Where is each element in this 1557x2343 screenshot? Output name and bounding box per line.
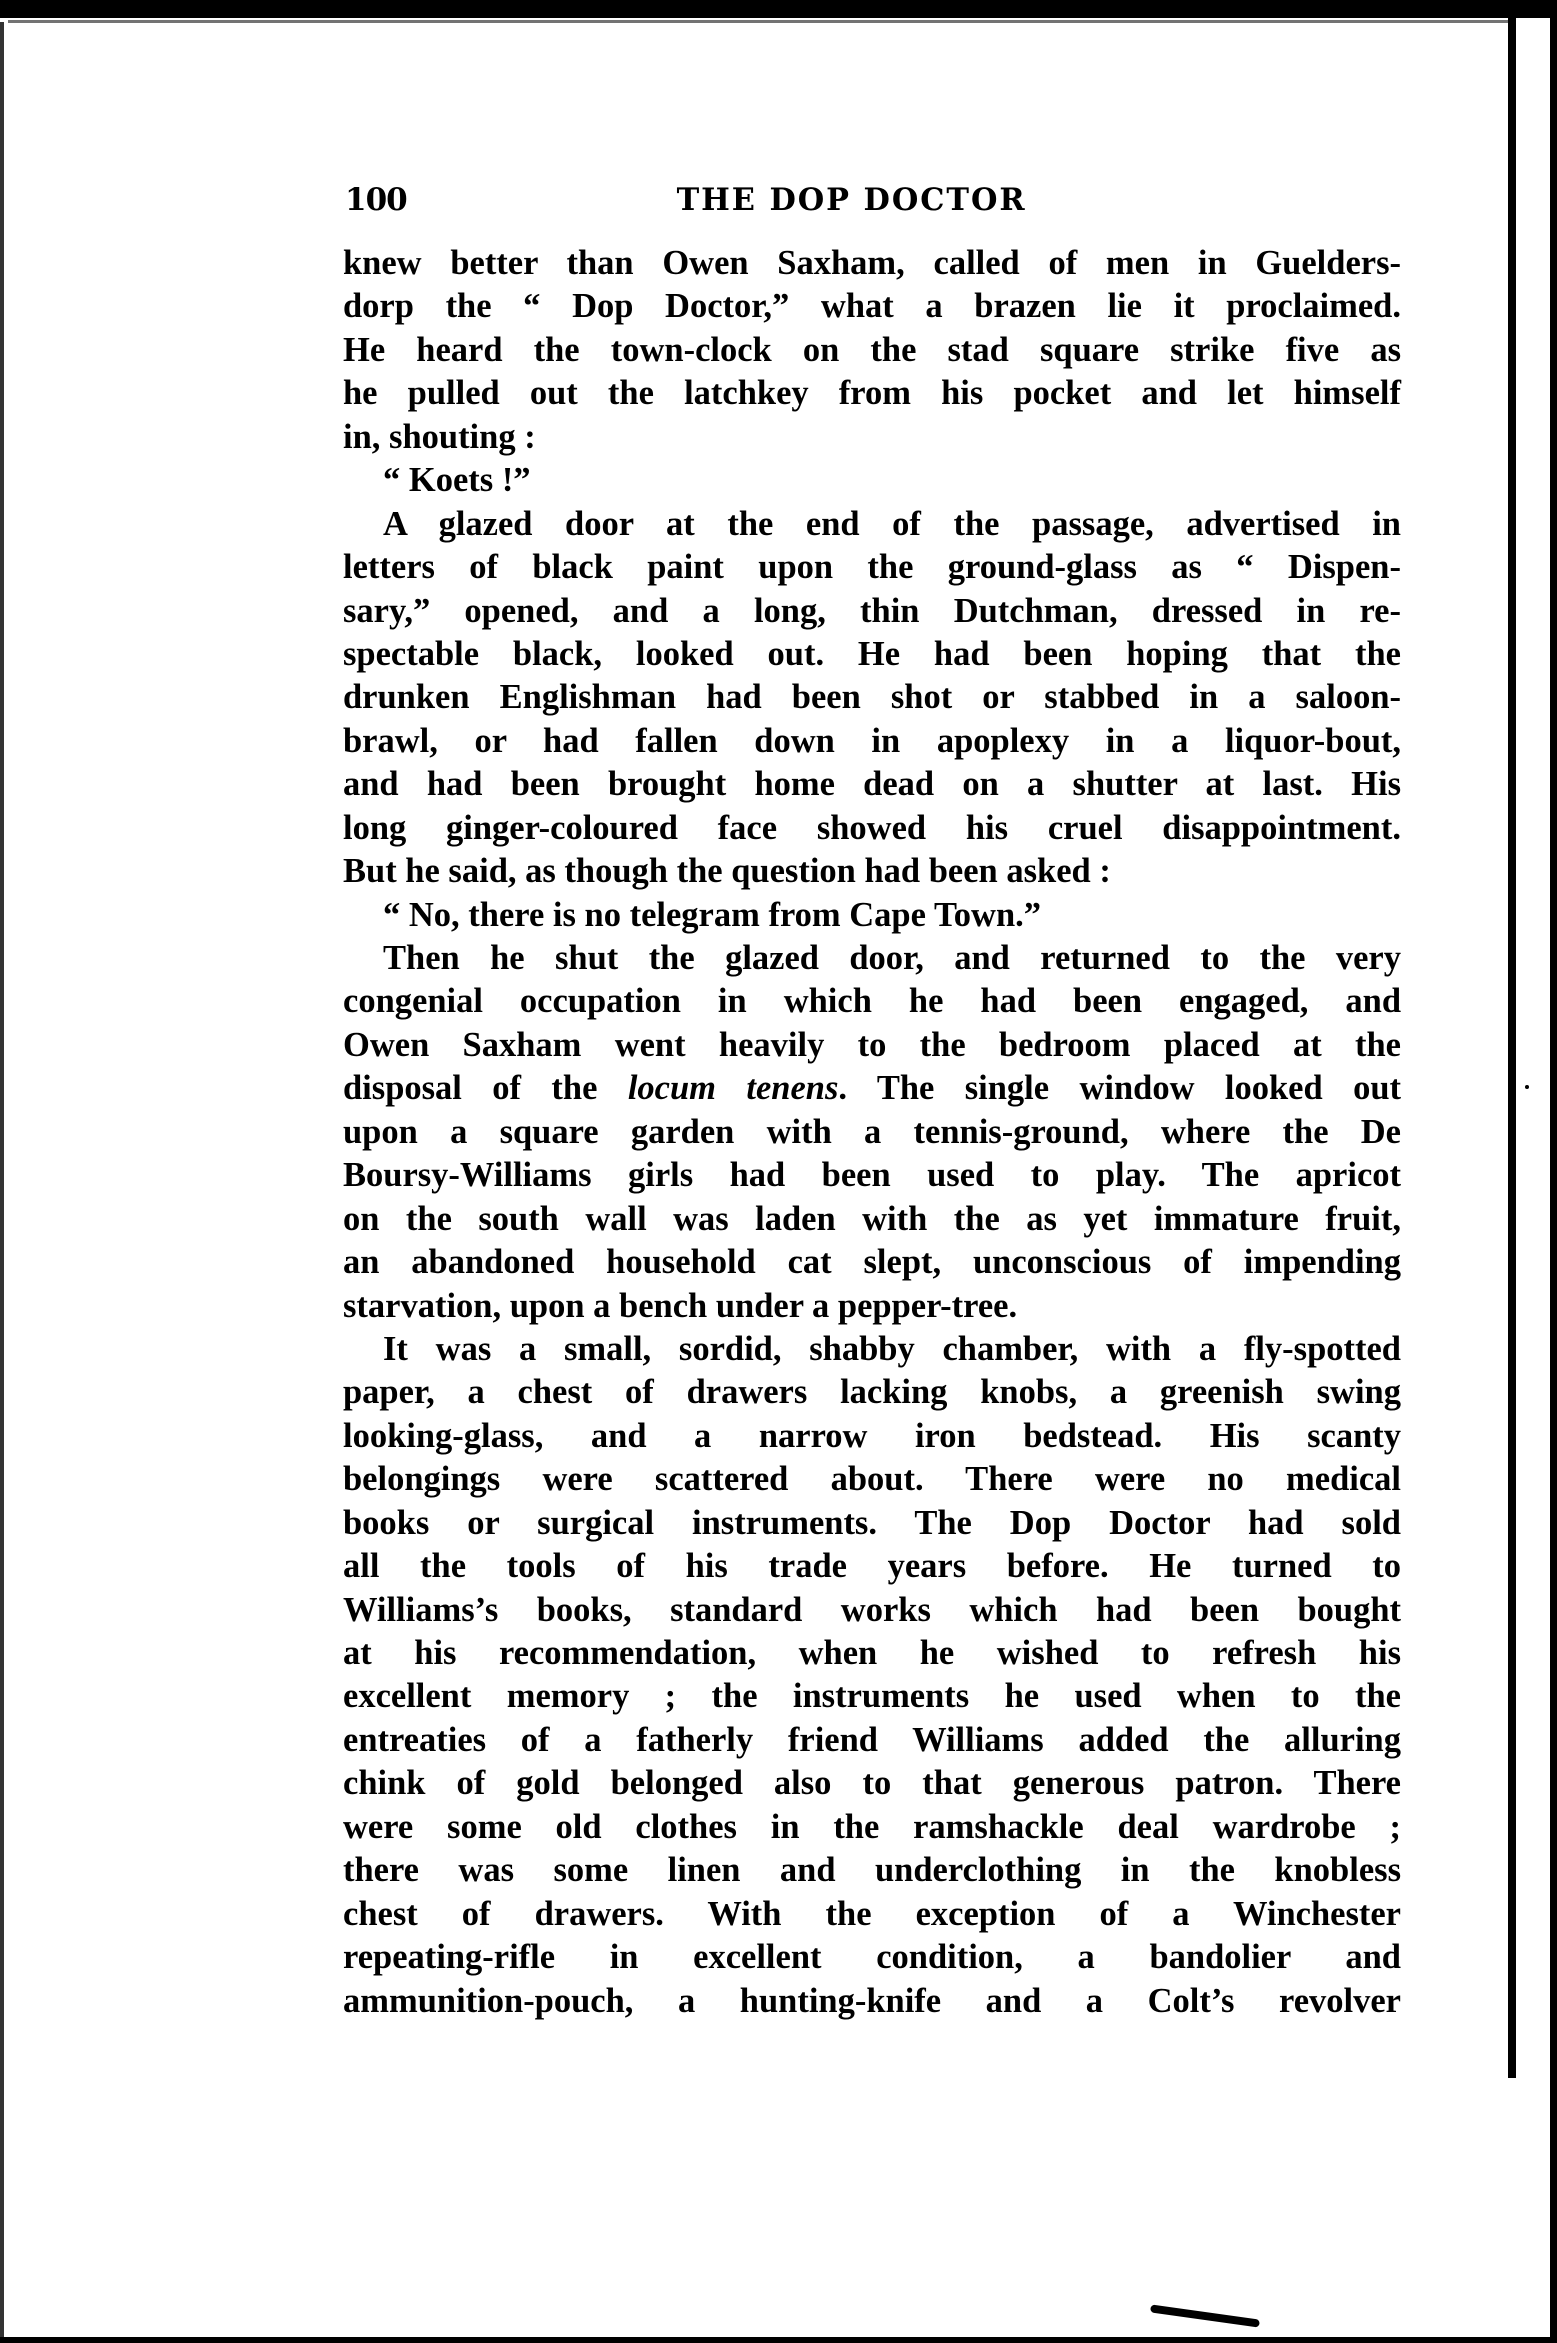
scan-border-bottom xyxy=(0,2337,1557,2343)
text-line: and had been brought home dead on a shut… xyxy=(343,763,1401,806)
text-line: knew better than Owen Saxham, called of … xyxy=(343,242,1401,285)
text-line: in, shouting : xyxy=(343,416,1401,459)
text-line: Williams’s books, standard works which h… xyxy=(343,1589,1401,1632)
text-line: A glazed door at the end of the passage,… xyxy=(343,503,1401,546)
text-line: disposal of the locum tenens. The single… xyxy=(343,1067,1401,1110)
scan-border-left xyxy=(0,22,4,2337)
text-line: drunken Englishman had been shot or stab… xyxy=(343,676,1401,719)
text-line: there was some linen and underclothing i… xyxy=(343,1849,1401,1892)
text-line: he pulled out the latchkey from his pock… xyxy=(343,372,1401,415)
text-line: entreaties of a fatherly friend Williams… xyxy=(343,1719,1401,1762)
scan-smudge-mark xyxy=(1150,2304,1260,2327)
text-line: letters of black paint upon the ground-g… xyxy=(343,546,1401,589)
text-line: belongings were scattered about. There w… xyxy=(343,1458,1401,1501)
scan-border-right xyxy=(1550,18,1557,2343)
italic-phrase: locum tenens xyxy=(628,1069,839,1107)
text-line: an abandoned household cat slept, uncons… xyxy=(343,1241,1401,1284)
text-line: chest of drawers. With the exception of … xyxy=(343,1893,1401,1936)
running-head: 100 THE DOP DOCTOR xyxy=(343,178,1401,222)
text-line: on the south wall was laden with the as … xyxy=(343,1198,1401,1241)
text-line: It was a small, sordid, shabby chamber, … xyxy=(343,1328,1401,1371)
text-line: were some old clothes in the ramshackle … xyxy=(343,1806,1401,1849)
scan-speck xyxy=(1525,1085,1529,1089)
text-line: books or surgical instruments. The Dop D… xyxy=(343,1502,1401,1545)
text-line: But he said, as though the question had … xyxy=(343,850,1401,893)
text-line: spectable black, looked out. He had been… xyxy=(343,633,1401,676)
text-line: sary,” opened, and a long, thin Dutchman… xyxy=(343,590,1401,633)
text-line: all the tools of his trade years before.… xyxy=(343,1545,1401,1588)
text-line: “ Koets !” xyxy=(343,459,1401,502)
text-line: Then he shut the glazed door, and return… xyxy=(343,937,1401,980)
running-title: THE DOP DOCTOR xyxy=(677,178,1027,222)
scan-edge-rule xyxy=(8,20,1508,23)
text-line: Boursy-Williams girls had been used to p… xyxy=(343,1154,1401,1197)
text-line: Owen Saxham went heavily to the bedroom … xyxy=(343,1024,1401,1067)
text-line: “ No, there is no telegram from Cape Tow… xyxy=(343,894,1401,937)
text-line: starvation, upon a bench under a pepper-… xyxy=(343,1285,1401,1328)
text-line: excellent memory ; the instruments he us… xyxy=(343,1675,1401,1718)
scan-gutter-bar xyxy=(1508,18,1516,2078)
scan-border-top xyxy=(0,0,1557,18)
text-line: chink of gold belonged also to that gene… xyxy=(343,1762,1401,1805)
text-line: looking-glass, and a narrow iron bedstea… xyxy=(343,1415,1401,1458)
text-line: ammunition-pouch, a hunting-knife and a … xyxy=(343,1980,1401,2023)
text-line: long ginger-coloured face showed his cru… xyxy=(343,807,1401,850)
text-line: congenial occupation in which he had bee… xyxy=(343,980,1401,1023)
text-line: paper, a chest of drawers lacking knobs,… xyxy=(343,1371,1401,1414)
text-line: repeating-rifle in excellent condition, … xyxy=(343,1936,1401,1979)
text-line: brawl, or had fallen down in apoplexy in… xyxy=(343,720,1401,763)
text-line: He heard the town-clock on the stad squa… xyxy=(343,329,1401,372)
page-number: 100 xyxy=(345,178,407,222)
text-line: dorp the “ Dop Doctor,” what a brazen li… xyxy=(343,285,1401,328)
text-line: upon a square garden with a tennis-groun… xyxy=(343,1111,1401,1154)
body-text: knew better than Owen Saxham, called of … xyxy=(343,242,1401,2023)
text-line: at his recommendation, when he wished to… xyxy=(343,1632,1401,1675)
